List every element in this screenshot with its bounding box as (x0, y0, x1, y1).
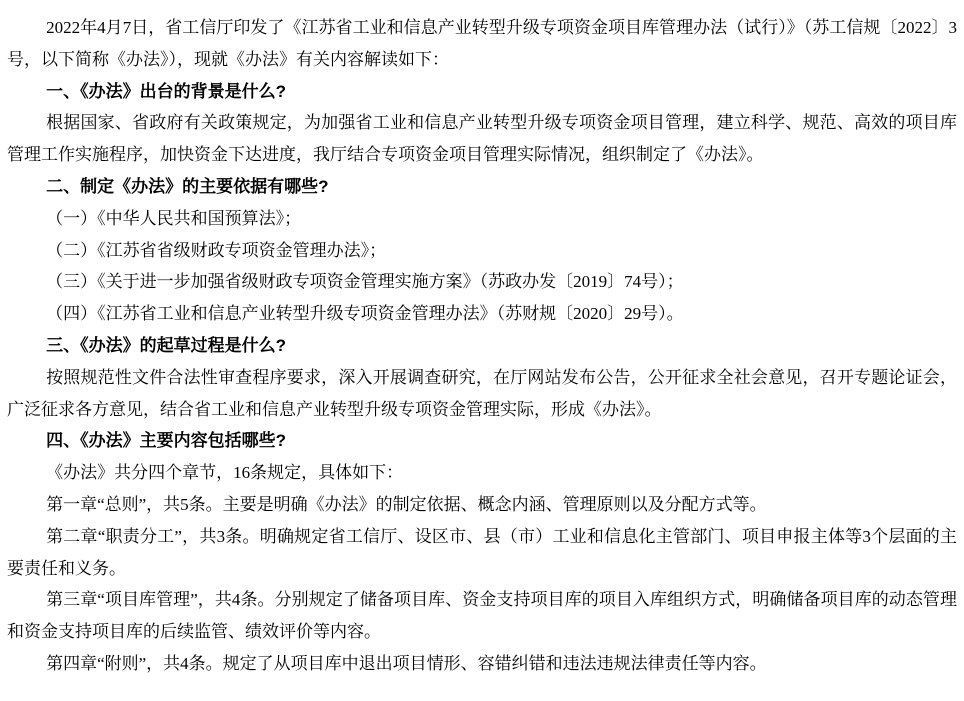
basis-item-4: （四）《江苏省工业和信息产业转型升级专项资金管理办法》（苏财规〔2020〕29号… (7, 298, 957, 330)
intro-paragraph: 2022年4月7日，省工信厅印发了《江苏省工业和信息产业转型升级专项资金项目库管… (7, 12, 957, 76)
basis-item-2: （二）《江苏省省级财政专项资金管理办法》； (7, 235, 957, 267)
chapter-1-paragraph: 第一章“总则”，共5条。主要是明确《办法》的制定依据、概念内涵、管理原则以及分配… (7, 489, 957, 521)
section-1-heading: 一、《办法》出台的背景是什么? (7, 76, 957, 108)
section-4-intro-paragraph: 《办法》共分四个章节，16条规定，具体如下： (7, 457, 957, 489)
chapter-3-paragraph: 第三章“项目库管理”，共4条。分别规定了储备项目库、资金支持项目库的项目入库组织… (7, 584, 957, 648)
section-4-heading: 四、《办法》主要内容包括哪些? (7, 425, 957, 457)
page: 2022年4月7日，省工信厅印发了《江苏省工业和信息产业转型升级专项资金项目库管… (0, 0, 964, 701)
document-body: 2022年4月7日，省工信厅印发了《江苏省工业和信息产业转型升级专项资金项目库管… (0, 0, 964, 680)
basis-item-1: （一）《中华人民共和国预算法》； (7, 203, 957, 235)
chapter-4-paragraph: 第四章“附则”，共4条。规定了从项目库中退出项目情形、容错纠错和违法违规法律责任… (7, 648, 957, 680)
basis-item-3: （三）《关于进一步加强省级财政专项资金管理实施方案》（苏政办发〔2019〕74号… (7, 266, 957, 298)
section-3-heading: 三、《办法》的起草过程是什么? (7, 330, 957, 362)
section-3-paragraph: 按照规范性文件合法性审查程序要求，深入开展调查研究，在厅网站发布公告，公开征求全… (7, 362, 957, 426)
section-1-paragraph: 根据国家、省政府有关政策规定，为加强省工业和信息产业转型升级专项资金项目管理，建… (7, 107, 957, 171)
chapter-2-paragraph: 第二章“职责分工”，共3条。明确规定省工信厅、设区市、县（市）工业和信息化主管部… (7, 521, 957, 585)
section-2-heading: 二、制定《办法》的主要依据有哪些? (7, 171, 957, 203)
